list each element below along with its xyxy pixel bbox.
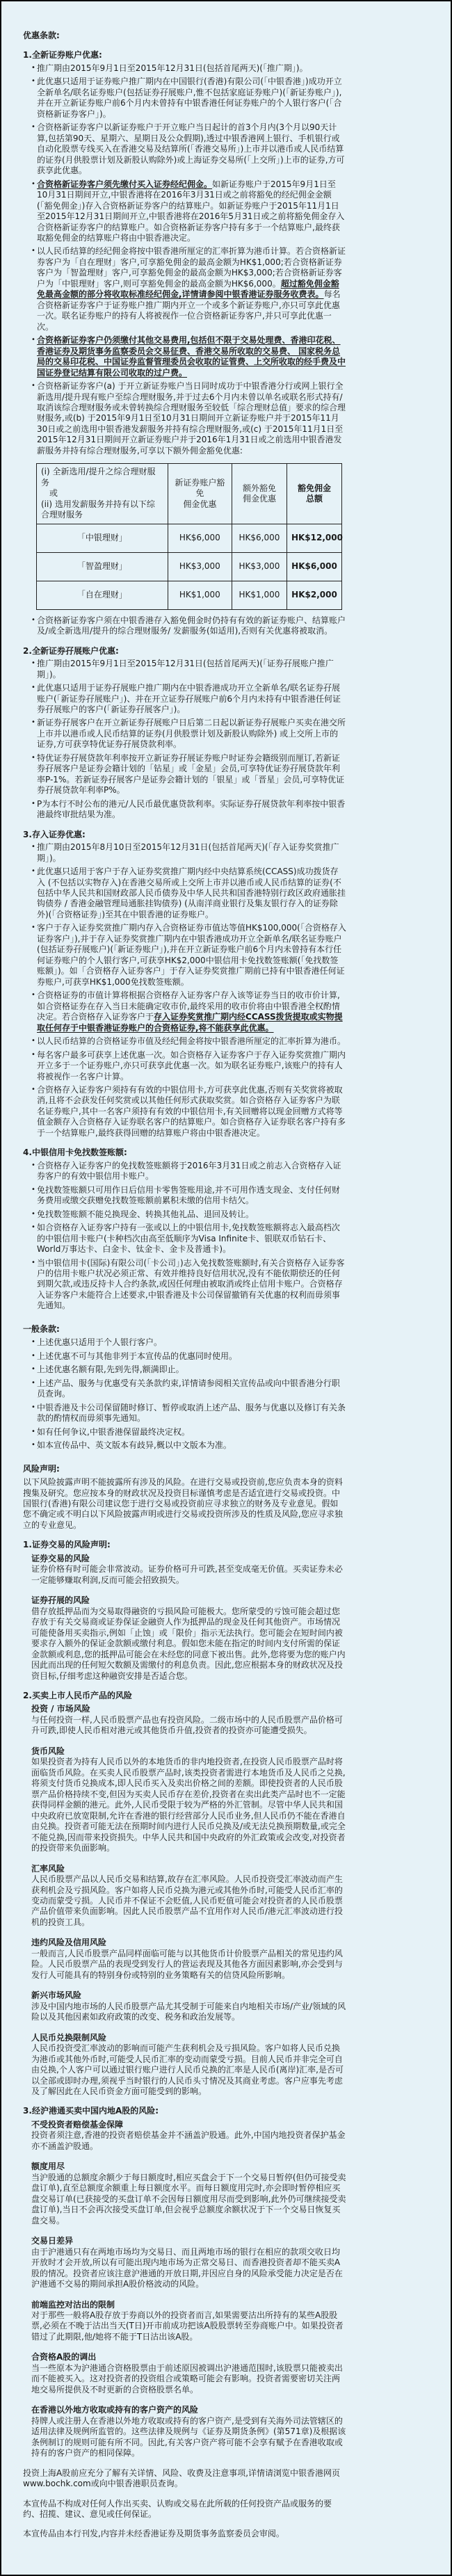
text-segment: 合资格新证券客户(a) 于开立新证券账户当日同时成功于中银香港分行或网上银行全新… xyxy=(37,381,346,456)
risk-subheading: 不受投资者赔偿基金保障 xyxy=(31,2120,346,2130)
bullet-item: •每名客户最多可获享上述优惠一次。如合资格存入证券客户于存入证券奖赏推广期内开立… xyxy=(31,1050,346,1082)
text-segment: 特优证券孖展贷款年利率按开立新证券孖展证券账户时证券会籍级别而厘订,若新证券孖展… xyxy=(37,753,344,795)
bullet-item: •合资格新证券客户以新证券账户于开立账户当日起计的首3个月内(3个月以90天计算… xyxy=(31,122,346,176)
text-segment: 上述产品、服务与优惠受有关条款约束,详情请参阅相关宣传品或向中银香港分行职员查询… xyxy=(37,1378,340,1399)
numbered-heading: 4.中银信用卡免找数签账额: xyxy=(23,1148,346,1158)
risk-paragraph: 以下风险披露声明不能披露所有涉及的风险。在进行交易或投资前,您应负责本身的资料搜… xyxy=(23,1477,346,1531)
bullet-text: 当中银信用卡(国际)有限公司(「卡公司」)志入免找数签账额时,有关合资格存入证券… xyxy=(37,1258,346,1312)
table-cell: HK$6,000 xyxy=(168,524,232,552)
text-segment: 如合资格存入证券客户持有一张或以上的中银信用卡,免找数签账额将志入最高档次的中银… xyxy=(37,1223,340,1254)
numbered-heading: 1.全新证券账户优惠: xyxy=(23,50,346,61)
bullet-icon: • xyxy=(31,1223,37,1255)
risk-paragraph: 当沪股通的总额度余额少于每日额度时,相应买盘会于下一个交易日暂停(但仍可接受卖盘… xyxy=(31,2173,346,2226)
section-title: 全新证券账户优惠: xyxy=(32,50,346,61)
numbered-heading: 2.买卖上市人民币产品的风险 xyxy=(23,1691,346,1701)
bullet-item: •如有任何争议,中银香港保留最终决定权。 xyxy=(31,1427,346,1438)
bullet-item: •合资格存入证券客户的免找数签账额将于2016年3月31日或之前志入合资格存入证… xyxy=(31,1161,346,1182)
bullet-item: •合资格新证券客户须先缴付买入证券经纪佣金。如新证券账户于2015年9月1日至1… xyxy=(31,179,346,244)
bullet-text: 推广期由2015年9月1日至2015年12月31日(包括首尾两天)(「推广期」)… xyxy=(37,63,346,74)
bullet-text: 合资格新证券客户(a) 于开立新证券账户当日同时成功于中银香港分行或网上银行全新… xyxy=(37,381,346,456)
bullet-icon: • xyxy=(31,1209,37,1220)
risk-paragraph: 涉及中国内地市场的人民币股票产品尤其受制于可能来自内地相关市场/产业/领域的风险… xyxy=(31,2002,346,2023)
bullet-item: •上述优惠名额有限,先到先得,额满即止。 xyxy=(31,1365,346,1375)
text-segment: 免找数签账额只可用作日后信用卡零售签账用途,并不可用作透支现金、支付任何财务费用… xyxy=(37,1185,340,1205)
risk-paragraph: 持牌人或注册人在香港以外地方收取或持有的客户资产,是受到有关海外司法管辖区的适用… xyxy=(31,2416,346,2459)
bullet-text: 新证券孖展客户在开立新证券孖展账户日后第二日起以新证券孖展账户买卖在港交所上市并… xyxy=(37,718,346,750)
risk-paragraph: 当一些原本为沪港通合资格股票由于前述原因被调出沪港通范围时,该股票只能被卖出而不… xyxy=(31,2363,346,2395)
numbered-heading: 3.存入证券优惠: xyxy=(23,830,346,840)
bullet-icon: • xyxy=(31,1440,37,1451)
text-segment: 合资格新证券客户须在中银香港存入豁免佣金时仍持有有效的新证券账户、结算账户及/或… xyxy=(37,615,346,636)
risk-subheading: 货币风险 xyxy=(31,1746,346,1757)
bullet-text: 上述优惠不可与其他非列于本宣传品的优惠同时使用。 xyxy=(37,1351,346,1362)
bullet-text: 以人民币结算的经纪佣金将按中银香港所厘定的汇率折算为港币计算。若合资格新证券客户… xyxy=(37,246,346,332)
bullet-text: 合资格新证券客户须先缴付买入证券经纪佣金。如新证券账户于2015年9月1日至10… xyxy=(37,179,346,244)
risk-paragraph: 由于沪港通只有在两地市场均为交易日、而且两地市场的银行在相应的款项交收日均开放时… xyxy=(31,2247,346,2290)
bullet-icon: • xyxy=(31,179,37,244)
bullet-item: •客户于存入证券奖赏推广期内存入合资格证券市值达等值HK$100,000(「合资… xyxy=(31,923,346,988)
section-number: 4. xyxy=(23,1148,32,1158)
section-number: 1. xyxy=(23,1540,32,1550)
bullet-text: 如本宣传品中、英文版本有歧异,概以中文版本为准。 xyxy=(37,1440,346,1451)
bullet-icon: • xyxy=(31,1085,37,1138)
risk-paragraph: 投资者须注意,香港的投资者赔偿基金并不涵盖沪股通。此外,中国内地投资者保护基金亦… xyxy=(31,2130,346,2152)
bullet-text: 如合资格存入证券客户持有一张或以上的中银信用卡,免找数签账额将志入最高档次的中银… xyxy=(37,1223,346,1255)
bullet-text: 免找数签账额不能兑换现金、转换其他礼品、退回及转让。 xyxy=(37,1209,346,1220)
commission-table: (i) 全新选用/提升之综合理财服务 或 (ii) 选用发薪服务并持有以下综合理… xyxy=(36,463,342,609)
text-segment: 免找数签账额不能兑换现金、转换其他礼品、退回及转让。 xyxy=(37,1209,254,1219)
text-segment: 如本宣传品中、英文版本有歧异,概以中文版本为准。 xyxy=(37,1440,232,1450)
section-number: 2. xyxy=(23,646,32,657)
bullet-item: •以人民币结算的经纪佣金将按中银香港所厘定的汇率折算为港币计算。若合资格新证券客… xyxy=(31,246,346,332)
bullet-text: 如有任何争议,中银香港保留最终决定权。 xyxy=(37,1427,346,1438)
risk-subheading: 新兴市场风险 xyxy=(31,1990,346,2001)
text-segment: 中银香港及卡公司保留随时修订、暂停或取消上述产品、服务与优惠以及修订有关条款的酌… xyxy=(37,1403,346,1423)
risk-subheading: 投资 / 市场风险 xyxy=(31,1704,346,1714)
bullet-item: •合资格新证券客户(a) 于开立新证券账户当日同时成功于中银香港分行或网上银行全… xyxy=(31,381,346,456)
bullet-item: •免找数签账额不能兑换现金、转换其他礼品、退回及转让。 xyxy=(31,1209,346,1220)
text-segment: 合资格存入证券客户须持有有效的中银信用卡,方可获享此优惠,否则有关奖赏将被取消,… xyxy=(37,1085,346,1138)
risk-paragraph: 借存放抵押品而为交易取得融资的亏损风险可能极大。您所蒙受的亏蚀可能会超过您存放于… xyxy=(31,1607,346,1682)
risk-subheading: 额度用尽 xyxy=(31,2162,346,2172)
bullet-icon: • xyxy=(31,122,37,176)
bullet-item: •此优惠只适用于证券孖展账户推广期内在中银香港成功开立全新单名/联名证券孖展账户… xyxy=(31,683,346,715)
bullet-item: •此优惠只适用于客户于存入证券奖赏推广期内经中央结算系统(CCASS)成功拨货存… xyxy=(31,867,346,920)
bullet-icon: • xyxy=(31,1036,37,1047)
bullet-icon: • xyxy=(31,718,37,750)
bullet-icon: • xyxy=(31,77,37,120)
risk-subheading: 证券交易的风险 xyxy=(31,1554,346,1564)
text-segment: 新证券孖展客户在开立新证券孖展账户日后第二日起以新证券孖展账户买卖在港交所上市并… xyxy=(37,718,346,749)
text-segment: 每名客户最多可获享上述优惠一次。如合资格存入证券客户于存入证券奖赏推广期内开立多… xyxy=(37,1050,346,1081)
numbered-heading: 2.全新证券孖展账户优惠: xyxy=(23,646,346,657)
bullet-text: 合资格存入证券客户的免找数签账额将于2016年3月31日或之前志入合资格存入证券… xyxy=(37,1161,346,1182)
section-number: 3. xyxy=(23,2106,32,2116)
bullet-item: •推广期由2015年8月10日至2015年12月31日(包括首尾两天)(「存入证… xyxy=(31,842,346,864)
bullet-text: 上述产品、服务与优惠受有关条款约束,详情请参阅相关宣传品或向中银香港分行职员查询… xyxy=(37,1378,346,1400)
terms-document-page: 优惠条款:1.全新证券账户优惠:•推广期由2015年9月1日至2015年12月3… xyxy=(0,0,452,2576)
table-header-cell: 新证券账户豁免 佣金优惠 xyxy=(168,464,232,524)
risk-subheading: 前端监控对沽出的限制 xyxy=(31,2300,346,2310)
risk-subheading: 人民币兑换限制风险 xyxy=(31,2033,346,2043)
bullet-item: •P为本行不时公布的港元/人民币最优惠贷款利率。实际证券孖展贷款年利率按中银香港… xyxy=(31,799,346,821)
table-cell: HK$6,000 xyxy=(232,524,286,552)
section-number: 2. xyxy=(23,1691,32,1701)
bullet-text: 免找数签账额只可用作日后信用卡零售签账用途,并不可用作透支现金、支付任何财务费用… xyxy=(37,1185,346,1207)
bullet-icon: • xyxy=(31,799,37,821)
text-segment: 推广期由2015年8月10日至2015年12月31日(包括首尾两天)(「存入证券… xyxy=(37,842,339,862)
bullet-icon: • xyxy=(31,1337,37,1348)
bullet-item: •合资格新证券客户须在中银香港存入豁免佣金时仍持有有效的新证券账户、结算账户及/… xyxy=(31,615,346,637)
bullet-icon: • xyxy=(31,335,37,378)
text-segment: 当中银信用卡(国际)有限公司(「卡公司」)志入免找数签账额时,有关合资格存入证券… xyxy=(37,1258,345,1311)
bullet-icon: • xyxy=(31,1258,37,1312)
bullet-icon: • xyxy=(31,1050,37,1082)
table-cell: HK$2,000 xyxy=(286,581,341,609)
text-segment: 上述优惠名额有限,先到先得,额满即止。 xyxy=(37,1365,184,1374)
table-cell: 「自在理财」 xyxy=(37,581,168,609)
bullet-icon: • xyxy=(31,615,37,637)
section-title: 存入证券优惠: xyxy=(32,830,346,840)
bullet-item: •免找数签账额只可用作日后信用卡零售签账用途,并不可用作透支现金、支付任何财务费… xyxy=(31,1185,346,1207)
risk-paragraph: 人民币投资受汇率波动的影响而可能产生获利机会及亏损风险。客户如将人民币兑换为港币… xyxy=(31,2043,346,2097)
bullet-icon: • xyxy=(31,1378,37,1400)
bullet-text: 推广期由2015年8月10日至2015年12月31日(包括首尾两天)(「存入证券… xyxy=(37,842,346,864)
text-segment: 推广期由2015年9月1日至2015年12月31日(包括首尾两天)(「推广期」)… xyxy=(37,63,308,73)
bullet-item: •此优惠只适用于证券账户推广期内在中国银行(香港)有限公司(「中银香港」)成功开… xyxy=(31,77,346,120)
bullet-text: 上述优惠名额有限,先到先得,额满即止。 xyxy=(37,1365,346,1375)
bullet-icon: • xyxy=(31,1403,37,1424)
bullet-icon: • xyxy=(31,990,37,1033)
risk-subheading: 合资格A股的调出 xyxy=(31,2352,346,2362)
section-title: 中银信用卡免找数签账额: xyxy=(32,1148,346,1158)
bullet-text: 合资格新证券客户以新证券账户于开立账户当日起计的首3个月内(3个月以90天计算,… xyxy=(37,122,346,176)
bullet-item: •合资格存入证券客户须持有有效的中银信用卡,方可获享此优惠,否则有关奖赏将被取消… xyxy=(31,1085,346,1138)
table-row: 「智盈理财」HK$3,000HK$3,000HK$6,000 xyxy=(37,552,342,581)
paragraph: 投资上海A股前应充分了解有关详情、风险、收费及注意事项,详情请浏览中银香港网页w… xyxy=(23,2468,346,2490)
bullet-icon: • xyxy=(31,1161,37,1182)
risk-paragraph: 一般而言,人民币股票产品同样面临可能与以其他货币计价股票产品相关的常见违约风险。… xyxy=(31,1949,346,1981)
section-heading: 优惠条款: xyxy=(23,31,346,41)
risk-paragraph: 与任何投资一样,人民币股票产品也有投资风险。二级市场中的人民币股票产品价格可升可… xyxy=(31,1715,346,1737)
table-cell: HK$3,000 xyxy=(232,552,286,581)
numbered-heading: 1.证券交易的风险声明: xyxy=(23,1540,346,1550)
bullet-text: 每名客户最多可获享上述优惠一次。如合资格存入证券客户于存入证券奖赏推广期内开立多… xyxy=(37,1050,346,1082)
table-row: 「中银理财」HK$6,000HK$6,000HK$12,000 xyxy=(37,524,342,552)
bullet-text: 此优惠只适用于证券账户推广期内在中国银行(香港)有限公司(「中银香港」)成功开立… xyxy=(37,77,346,120)
bullet-text: 推广期由2015年9月1日至2015年12月31日(包括首尾两天)(「证券孖展账… xyxy=(37,659,346,680)
bullet-icon: • xyxy=(31,867,37,920)
text-segment: 合资格存入证券客户的免找数签账额将于2016年3月31日或之前志入合资格存入证券… xyxy=(37,1161,341,1181)
risk-paragraph: 如果投资者为持有人民币以外的本地货币的非内地投资者,在投资人民币股票产品时将面临… xyxy=(31,1757,346,1853)
text-segment: 以人民币结算的合资格证券市值及经纪佣金将按中银香港所厘定的汇率折算为港币。 xyxy=(37,1036,346,1046)
table-cell: HK$3,000 xyxy=(168,552,232,581)
text-segment: 客户于存入证券奖赏推广期内存入合资格证券市值达等值HK$100,000(「合资格… xyxy=(37,923,346,986)
text-segment: 此优惠只适用于客户于存入证券奖赏推广期内经中央结算系统(CCASS)成功拨货存入… xyxy=(37,867,346,919)
table-cell: 「智盈理财」 xyxy=(37,552,168,581)
table-header-row: (i) 全新选用/提升之综合理财服务 或 (ii) 选用发薪服务并持有以下综合理… xyxy=(37,464,342,524)
bullet-text: 客户于存入证券奖赏推广期内存入合资格证券市值达等值HK$100,000(「合资格… xyxy=(37,923,346,988)
section-heading: 一般条款: xyxy=(23,1324,346,1335)
text-segment: 合资格新证券客户须先缴付买入证券经纪佣金。 xyxy=(37,179,212,189)
text-segment: 上述优惠只适用于个人银行客户。 xyxy=(37,1337,162,1347)
bullet-item: •特优证券孖展贷款年利率按开立新证券孖展证券账户时证券会籍级别而厘订,若新证券孖… xyxy=(31,753,346,796)
table-cell: 「中银理财」 xyxy=(37,524,168,552)
bullet-text: 合资格证券的市值计算将根据合资格存入证券客户存入该等证券当日的收市价计算,如合资… xyxy=(37,990,346,1033)
bullet-icon: • xyxy=(31,659,37,680)
bullet-item: •推广期由2015年9月1日至2015年12月31日(包括首尾两天)(「证券孖展… xyxy=(31,659,346,680)
bullet-icon: • xyxy=(31,842,37,864)
text-segment: 上述优惠不可与其他非列于本宣传品的优惠同时使用。 xyxy=(37,1351,237,1361)
bullet-text: 上述优惠只适用于个人银行客户。 xyxy=(37,1337,346,1348)
table-header-cell: 额外豁免 佣金优惠 xyxy=(232,464,286,524)
paragraph: 本宣传品由本行刊发,内容并未经香港证券及期货事务监察委员会审阅。 xyxy=(23,2529,346,2539)
bullet-text: 特优证券孖展贷款年利率按开立新证券孖展证券账户时证券会籍级别而厘订,若新证券孖展… xyxy=(37,753,346,796)
bullet-icon: • xyxy=(31,923,37,988)
risk-paragraph: 对于那些一般将A股存放于券商以外的投资者而言,如果需要沽出所持有的某些A股股票,… xyxy=(31,2310,346,2342)
bullet-item: •以人民币结算的合资格证券市值及经纪佣金将按中银香港所厘定的汇率折算为港币。 xyxy=(31,1036,346,1047)
table-header-cell: 豁免佣金 总额 xyxy=(286,464,341,524)
table-cell: HK$1,000 xyxy=(168,581,232,609)
risk-paragraph: 人民币股票产品以人民币交易和结算,故存在汇率风险。人民币投资受汇率波动而产生获利… xyxy=(31,1874,346,1928)
section-title: 全新证券孖展账户优惠: xyxy=(32,646,346,657)
document-body: 优惠条款:1.全新证券账户优惠:•推广期由2015年9月1日至2015年12月3… xyxy=(23,31,346,2540)
bullet-text: P为本行不时公布的港元/人民币最优惠贷款利率。实际证券孖展贷款年利率按中银香港最… xyxy=(37,799,346,821)
bullet-item: •如合资格存入证券客户持有一张或以上的中银信用卡,免找数签账额将志入最高档次的中… xyxy=(31,1223,346,1255)
bullet-item: •合资格新证券客户仍须缴付其他交易费用,包括但不限于交易处理费、香港印花税、香港… xyxy=(31,335,346,378)
section-heading: 风险声明: xyxy=(23,1464,346,1474)
bullet-item: •上述优惠不可与其他非列于本宣传品的优惠同时使用。 xyxy=(31,1351,346,1362)
text-segment: P为本行不时公布的港元/人民币最优惠贷款利率。实际证券孖展贷款年利率按中银香港最… xyxy=(37,799,345,819)
bullet-icon: • xyxy=(31,63,37,74)
bullet-icon: • xyxy=(31,753,37,796)
text-segment: 此优惠只适用于证券账户推广期内在中国银行(香港)有限公司(「中银香港」)成功开立… xyxy=(37,77,342,118)
bullet-item: •如本宣传品中、英文版本有歧异,概以中文版本为准。 xyxy=(31,1440,346,1451)
table-cell: HK$1,000 xyxy=(232,581,286,609)
risk-subheading: 交易日差异 xyxy=(31,2236,346,2246)
bullet-text: 合资格新证券客户仍须缴付其他交易费用,包括但不限于交易处理费、香港印花税、香港证… xyxy=(37,335,346,378)
numbered-heading: 3.经沪港通买卖中国内地A股的风险: xyxy=(23,2106,346,2116)
bullet-item: •推广期由2015年9月1日至2015年12月31日(包括首尾两天)(「推广期」… xyxy=(31,63,346,74)
section-title: 经沪港通买卖中国内地A股的风险: xyxy=(32,2106,346,2116)
section-number: 1. xyxy=(23,50,32,61)
bullet-text: 中银香港及卡公司保留随时修订、暂停或取消上述产品、服务与优惠以及修订有关条款的酌… xyxy=(37,1403,346,1424)
bullet-item: •上述优惠只适用于个人银行客户。 xyxy=(31,1337,346,1348)
text-segment: 如有任何争议,中银香港保留最终决定权。 xyxy=(37,1427,190,1437)
risk-subheading: 汇率风险 xyxy=(31,1864,346,1874)
risk-subheading: 违约风险及信用风险 xyxy=(31,1938,346,1948)
bullet-text: 以人民币结算的合资格证券市值及经纪佣金将按中银香港所厘定的汇率折算为港币。 xyxy=(37,1036,346,1047)
bullet-text: 合资格存入证券客户须持有有效的中银信用卡,方可获享此优惠,否则有关奖赏将被取消,… xyxy=(37,1085,346,1138)
risk-subheading: 在香港以外地方收取或持有的客户资产的风险 xyxy=(31,2405,346,2415)
bullet-icon: • xyxy=(31,1365,37,1375)
bullet-icon: • xyxy=(31,1351,37,1362)
bullet-item: •新证券孖展客户在开立新证券孖展账户日后第二日起以新证券孖展账户买卖在港交所上市… xyxy=(31,718,346,750)
section-title: 买卖上市人民币产品的风险 xyxy=(32,1691,346,1701)
text-segment: 推广期由2015年9月1日至2015年12月31日(包括首尾两天)(「证券孖展账… xyxy=(37,659,334,679)
bullet-text: 此优惠只适用于证券孖展账户推广期内在中银香港成功开立全新单名/联名证券孖展账户(… xyxy=(37,683,346,715)
risk-subheading: 证券孖展的风险 xyxy=(31,1595,346,1606)
bullet-icon: • xyxy=(31,381,37,456)
table-row: 「自在理财」HK$1,000HK$1,000HK$2,000 xyxy=(37,581,342,609)
table-header-cell: (i) 全新选用/提升之综合理财服务 或 (ii) 选用发薪服务并持有以下综合理… xyxy=(37,464,168,524)
bullet-text: 合资格新证券客户须在中银香港存入豁免佣金时仍持有有效的新证券账户、结算账户及/或… xyxy=(37,615,346,637)
bullet-item: •当中银信用卡(国际)有限公司(「卡公司」)志入免找数签账额时,有关合资格存入证… xyxy=(31,1258,346,1312)
bullet-icon: • xyxy=(31,246,37,332)
text-segment: 合资格新证券客户仍须缴付其他交易费用,包括但不限于交易处理费、香港印花税、香港证… xyxy=(37,335,346,377)
bullet-icon: • xyxy=(31,1185,37,1207)
bullet-icon: • xyxy=(31,683,37,715)
text-segment: 此优惠只适用于证券孖展账户推广期内在中银香港成功开立全新单名/联名证券孖展账户(… xyxy=(37,683,341,714)
paragraph: 本宣传品不构成对任何人作出买卖、认购或交易在此所载的任何投资产品或服务的要约、招… xyxy=(23,2499,346,2520)
section-number: 3. xyxy=(23,830,32,840)
section-title: 证券交易的风险声明: xyxy=(32,1540,346,1550)
risk-paragraph: 证券价格有时可能会非常波动。证券价格可升可跌,甚至变成毫无价值。买卖证券未必一定… xyxy=(31,1564,346,1586)
table-cell: HK$6,000 xyxy=(286,552,341,581)
bullet-icon: • xyxy=(31,1427,37,1438)
bullet-item: •合资格证券的市值计算将根据合资格存入证券客户存入该等证券当日的收市价计算,如合… xyxy=(31,990,346,1033)
table-cell: HK$12,000 xyxy=(286,524,341,552)
bullet-item: •中银香港及卡公司保留随时修订、暂停或取消上述产品、服务与优惠以及修订有关条款的… xyxy=(31,1403,346,1424)
text-segment: 合资格新证券客户以新证券账户于开立账户当日起计的首3个月内(3个月以90天计算,… xyxy=(37,122,345,175)
bullet-text: 此优惠只适用于客户于存入证券奖赏推广期内经中央结算系统(CCASS)成功拨货存入… xyxy=(37,867,346,920)
bullet-item: •上述产品、服务与优惠受有关条款约束,详情请参阅相关宣传品或向中银香港分行职员查… xyxy=(31,1378,346,1400)
